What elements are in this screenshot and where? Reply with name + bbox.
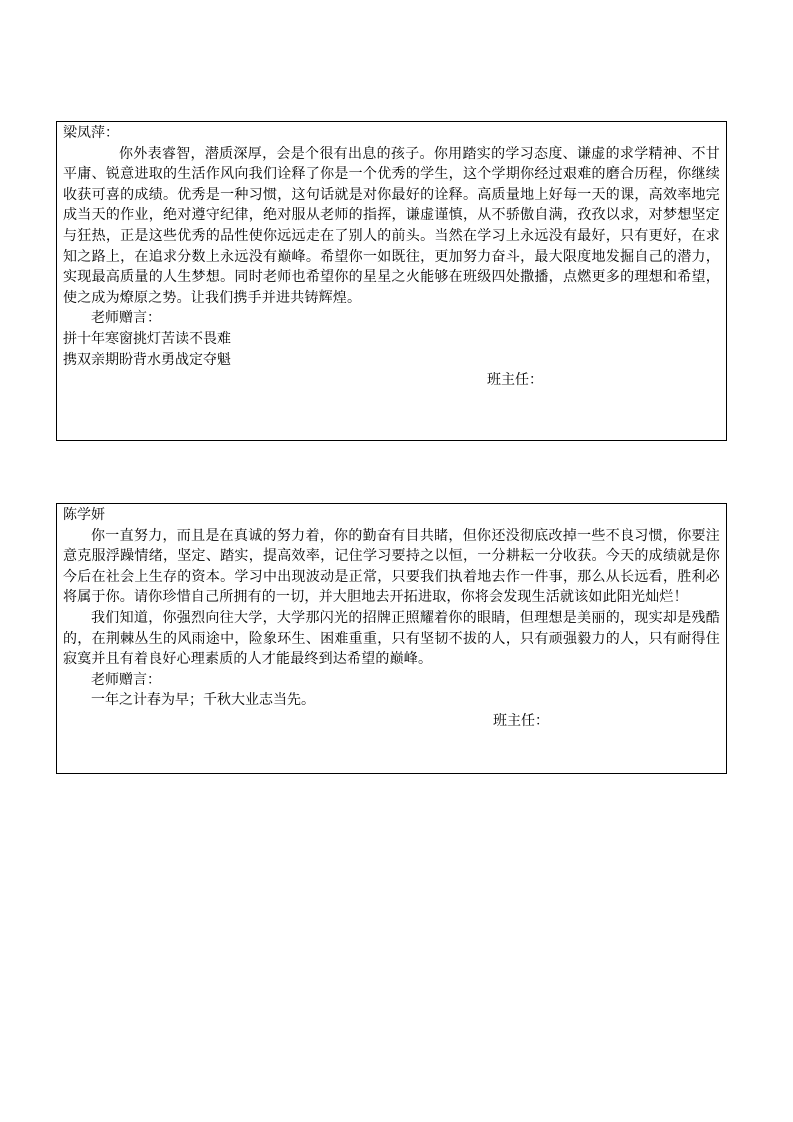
teacher-gift-line: 拼十年寒窗挑灯苦读不畏难 [63,329,720,350]
comment-paragraph: 你外表睿智，潜质深厚，会是个很有出息的孩子。你用踏实的学习态度、谦虚的求学精神、… [63,144,720,309]
comment-box-liang-fengping: 梁凤萍： 你外表睿智，潜质深厚，会是个很有出息的孩子。你用踏实的学习态度、谦虚的… [56,121,727,441]
comment-paragraph: 我们知道，你强烈向往大学，大学那闪光的招牌正照耀着你的眼睛，但理想是美丽的，现实… [63,608,720,670]
homeroom-teacher-signature-label: 班主任： [63,711,720,732]
teacher-gift-label: 老师赠言： [63,670,720,691]
teacher-gift-line: 携双亲期盼背水勇战定夺魁 [63,350,720,371]
comment-paragraph: 你一直努力，而且是在真诚的努力着，你的勤奋有目共睹，但你还没彻底改掉一些不良习惯… [63,526,720,608]
teacher-gift-label: 老师赠言： [63,308,720,329]
homeroom-teacher-signature-label: 班主任： [63,370,720,391]
comment-box-chen-xueyan: 陈学妍 你一直努力，而且是在真诚的努力着，你的勤奋有目共睹，但你还没彻底改掉一些… [56,503,727,774]
student-name: 陈学妍 [63,505,720,526]
teacher-gift-line: 一年之计春为早；千秋大业志当先。 [63,690,720,711]
student-name: 梁凤萍： [63,123,720,144]
